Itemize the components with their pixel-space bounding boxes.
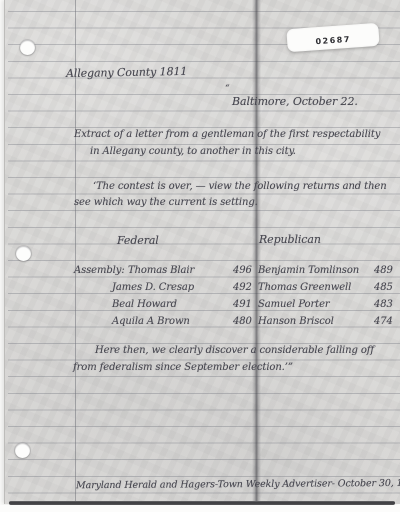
ruled-lines xyxy=(8,11,400,498)
scanner-background xyxy=(0,505,400,512)
federal-votes: 480 xyxy=(233,316,252,327)
dateline: Baltimore, October 22. xyxy=(232,95,358,108)
column-header-republican: Republican xyxy=(259,233,321,246)
body-line-1: ‘The contest is over, — view the followi… xyxy=(93,181,387,192)
returns-row: Aquila A Brown 480 Hanson Briscol 474 xyxy=(0,316,400,333)
federal-candidate: James D. Cresap xyxy=(112,282,194,293)
document-title: Allegany County 1811 xyxy=(66,65,187,80)
scan-background: 02687 Allegany County 1811 “ Baltimore, … xyxy=(0,0,400,512)
republican-votes: 485 xyxy=(374,282,393,293)
source-citation: Maryland Herald and Hagers-Town Weekly A… xyxy=(76,478,400,491)
column-header-federal: Federal xyxy=(117,234,159,247)
federal-candidate: Aquila A Brown xyxy=(112,316,190,327)
republican-candidate: Benjamin Tomlinson xyxy=(258,265,359,276)
page-fold-shadow xyxy=(252,0,261,504)
body-line-2: see which way the current is setting. xyxy=(74,197,258,208)
federal-votes: 496 xyxy=(233,265,252,276)
punch-hole-bottom xyxy=(15,443,30,458)
republican-candidate: Thomas Greenwell xyxy=(258,282,351,293)
returns-row: Beal Howard 491 Samuel Porter 483 xyxy=(0,299,400,316)
republican-candidate: Hanson Briscol xyxy=(258,316,334,327)
intro-line-2: in Allegany county, to another in this c… xyxy=(90,146,296,157)
republican-candidate: Samuel Porter xyxy=(258,299,330,310)
office-label: Assembly: xyxy=(74,265,125,276)
closing-line-2: from federalism since September election… xyxy=(73,362,293,373)
republican-votes: 483 xyxy=(374,299,393,310)
federal-votes: 491 xyxy=(233,299,252,310)
archive-number: 02687 xyxy=(315,35,351,46)
returns-row: James D. Cresap 492 Thomas Greenwell 485 xyxy=(0,282,400,299)
intro-line-1: Extract of a letter from a gentleman of … xyxy=(74,129,380,140)
federal-votes: 492 xyxy=(233,282,252,293)
punch-hole-top xyxy=(20,40,35,55)
federal-candidate: Beal Howard xyxy=(112,299,177,310)
punch-hole-middle xyxy=(16,246,31,261)
dateline-quote-mark: “ xyxy=(225,84,230,94)
returns-row: Assembly: Thomas Blair 496 Benjamin Toml… xyxy=(0,265,400,282)
closing-line-1: Here then, we clearly discover a conside… xyxy=(95,345,374,356)
federal-candidate: Thomas Blair xyxy=(128,265,194,276)
republican-votes: 474 xyxy=(374,316,393,327)
scanned-page xyxy=(5,0,400,504)
republican-votes: 489 xyxy=(374,265,393,276)
